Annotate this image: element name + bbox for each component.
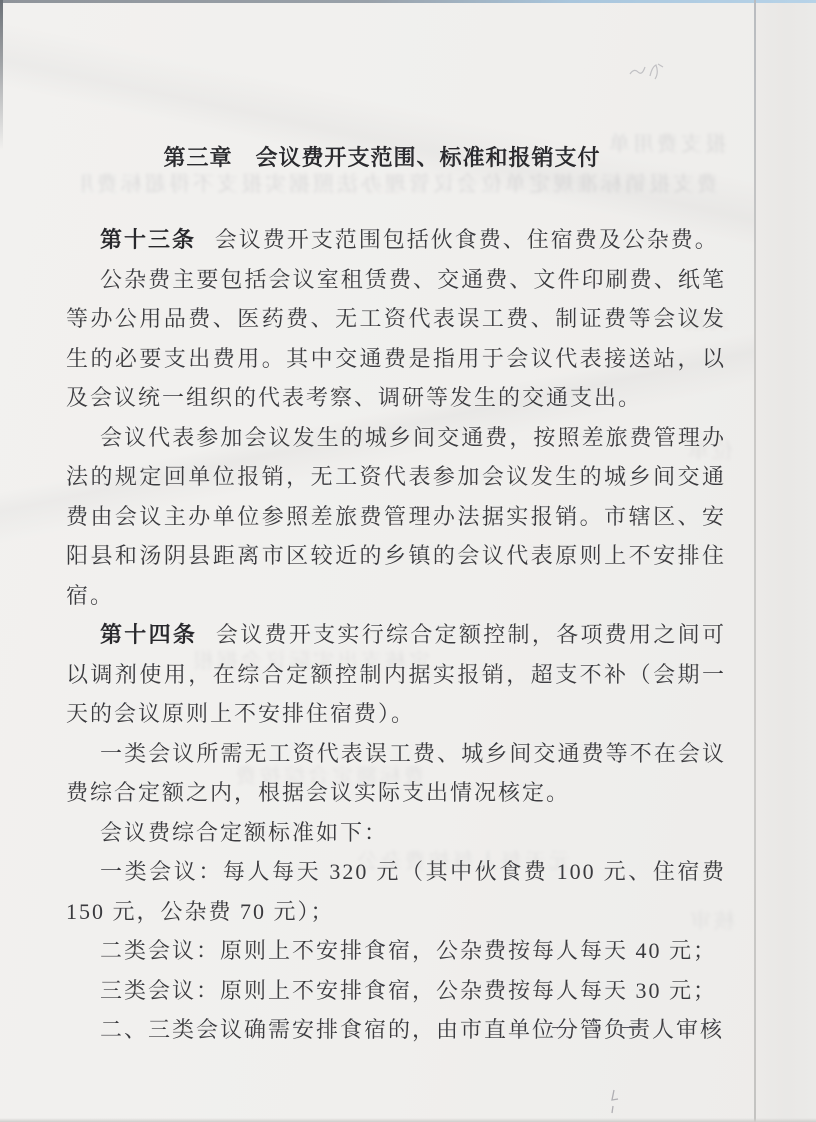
paragraph-class2-quota: 二类会议：原则上不安排食宿，公杂费按每人每天 40 元； xyxy=(66,931,726,971)
paragraph-article-14: 第十四条会议费开支实行综合定额控制，各项费用之间可以调剂使用，在综合定额控制内据… xyxy=(66,615,726,734)
chapter-heading: 第三章 会议费开支范围、标准和报销支付 xyxy=(52,141,712,175)
paragraph-text: 会议代表参加会议发生的城乡间交通费，按照差旅费管理办法的规定回单位报销，无工资代… xyxy=(66,425,726,608)
page-fold-line xyxy=(754,0,756,1122)
scan-bottom-edge xyxy=(0,1118,816,1122)
paragraph-text: 会议费开支范围包括伙食费、住宿费及公杂费。 xyxy=(215,227,719,252)
page-number: — 5 — xyxy=(552,1016,642,1038)
scanned-document-page: 费支报销标准规定单位会议管理办法照据实报支不得超标费用开 报支费用单 定核支出实… xyxy=(0,0,816,1122)
paragraph-article-13: 第十三条会议费开支范围包括伙食费、住宿费及公杂费。 xyxy=(66,220,726,260)
article-13-label: 第十三条 xyxy=(100,227,196,252)
paragraph-class1-quota: 一类会议：每人每天 320 元（其中伙食费 100 元、住宿费 150 元，公杂… xyxy=(66,852,726,931)
paragraph-text: 会议费综合定额标准如下： xyxy=(100,820,388,845)
paragraph-text: 三类会议：原则上不安排食宿，公杂费按每人每天 30 元； xyxy=(100,978,717,1003)
paragraph: 一类会议所需无工资代表误工费、城乡间交通费等不在会议费综合定额之内，根据会议实际… xyxy=(66,734,726,813)
paragraph-text: 二类会议：原则上不安排食宿，公杂费按每人每天 40 元； xyxy=(100,938,717,963)
paragraph: 公杂费主要包括会议室租赁费、交通费、文件印刷费、纸笔等办公用品费、医药费、无工资… xyxy=(66,260,726,418)
paragraph: 会议代表参加会议发生的城乡间交通费，按照差旅费管理办法的规定回单位报销，无工资代… xyxy=(66,418,726,616)
paragraph: 会议费综合定额标准如下： xyxy=(66,813,726,853)
scan-left-edge xyxy=(0,0,3,150)
paragraph-text: 公杂费主要包括会议室租赁费、交通费、文件印刷费、纸笔等办公用品费、医药费、无工资… xyxy=(66,267,726,411)
paragraph-text: 一类会议所需无工资代表误工费、城乡间交通费等不在会议费综合定额之内，根据会议实际… xyxy=(66,741,726,806)
document-body: 第三章 会议费开支范围、标准和报销支付 第十三条会议费开支范围包括伙食费、住宿费… xyxy=(66,0,726,1050)
article-14-label: 第十四条 xyxy=(100,622,197,647)
page-right-margin xyxy=(756,3,816,1122)
paragraph-class3-quota: 三类会议：原则上不安排食宿，公杂费按每人每天 30 元； xyxy=(66,971,726,1011)
pencil-tick-mark xyxy=(606,1088,622,1116)
paragraph-text: 一类会议：每人每天 320 元（其中伙食费 100 元、住宿费 150 元，公杂… xyxy=(66,859,726,924)
